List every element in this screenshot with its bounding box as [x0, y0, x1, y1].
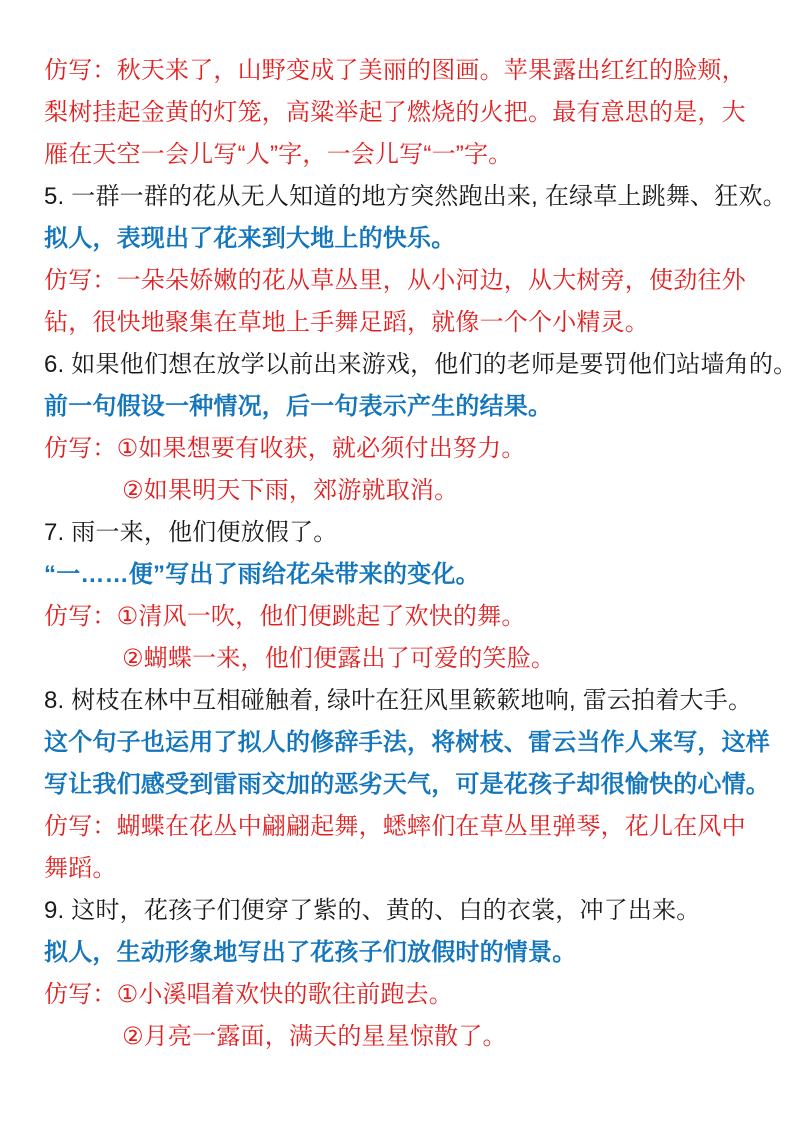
text-line-11: ②如果明天下雨，郊游就取消。 — [44, 470, 764, 512]
text-line-14: 仿写：①清风一吹，他们便跳起了欢快的舞。 — [44, 596, 764, 638]
text-line-3: 雁在天空一会儿写“人”字，一会儿写“一”字。 — [44, 134, 764, 176]
text-line-18: 写让我们感受到雷雨交加的恶劣天气，可是花孩子却很愉快的心情。 — [44, 764, 764, 806]
text-line-5: 拟人，表现出了花来到大地上的快乐。 — [44, 218, 764, 260]
text-line-24: ②月亮一露面，满天的星星惊散了。 — [44, 1016, 764, 1058]
document-text-content: 仿写：秋天来了，山野变成了美丽的图画。苹果露出红红的脸颊，梨树挂起金黄的灯笼，高… — [44, 50, 764, 1058]
text-line-13: “一……便”写出了雨给花朵带来的变化。 — [44, 554, 764, 596]
text-line-6: 仿写：一朵朵娇嫩的花从草丛里，从小河边，从大树旁，使劲往外 — [44, 260, 764, 302]
text-line-10: 仿写：①如果想要有收获，就必须付出努力。 — [44, 428, 764, 470]
document-page: 仿写：秋天来了，山野变成了美丽的图画。苹果露出红红的脸颊，梨树挂起金黄的灯笼，高… — [0, 0, 793, 1122]
text-line-15: ②蝴蝶一来，他们便露出了可爱的笑脸。 — [44, 638, 764, 680]
text-line-16: 8. 树枝在林中互相碰触着, 绿叶在狂风里簌簌地响, 雷云拍着大手。 — [44, 680, 764, 722]
text-line-20: 舞蹈。 — [44, 848, 764, 890]
text-line-8: 6. 如果他们想在放学以前出来游戏，他们的老师是要罚他们站墙角的。 — [44, 344, 764, 386]
text-line-12: 7. 雨一来，他们便放假了。 — [44, 512, 764, 554]
text-line-17: 这个句子也运用了拟人的修辞手法，将树枝、雷云当作人来写，这样 — [44, 722, 764, 764]
text-line-22: 拟人，生动形象地写出了花孩子们放假时的情景。 — [44, 932, 764, 974]
text-line-2: 梨树挂起金黄的灯笼，高粱举起了燃烧的火把。最有意思的是，大 — [44, 92, 764, 134]
text-line-23: 仿写：①小溪唱着欢快的歌往前跑去。 — [44, 974, 764, 1016]
text-line-21: 9. 这时，花孩子们便穿了紫的、黄的、白的衣裳，冲了出来。 — [44, 890, 764, 932]
text-line-1: 仿写：秋天来了，山野变成了美丽的图画。苹果露出红红的脸颊， — [44, 50, 764, 92]
text-line-9: 前一句假设一种情况，后一句表示产生的结果。 — [44, 386, 764, 428]
text-line-19: 仿写：蝴蝶在花丛中翩翩起舞，蟋蟀们在草丛里弹琴，花儿在风中 — [44, 806, 764, 848]
text-line-4: 5. 一群一群的花从无人知道的地方突然跑出来, 在绿草上跳舞、狂欢。 — [44, 176, 764, 218]
text-line-7: 钻，很快地聚集在草地上手舞足蹈，就像一个个小精灵。 — [44, 302, 764, 344]
